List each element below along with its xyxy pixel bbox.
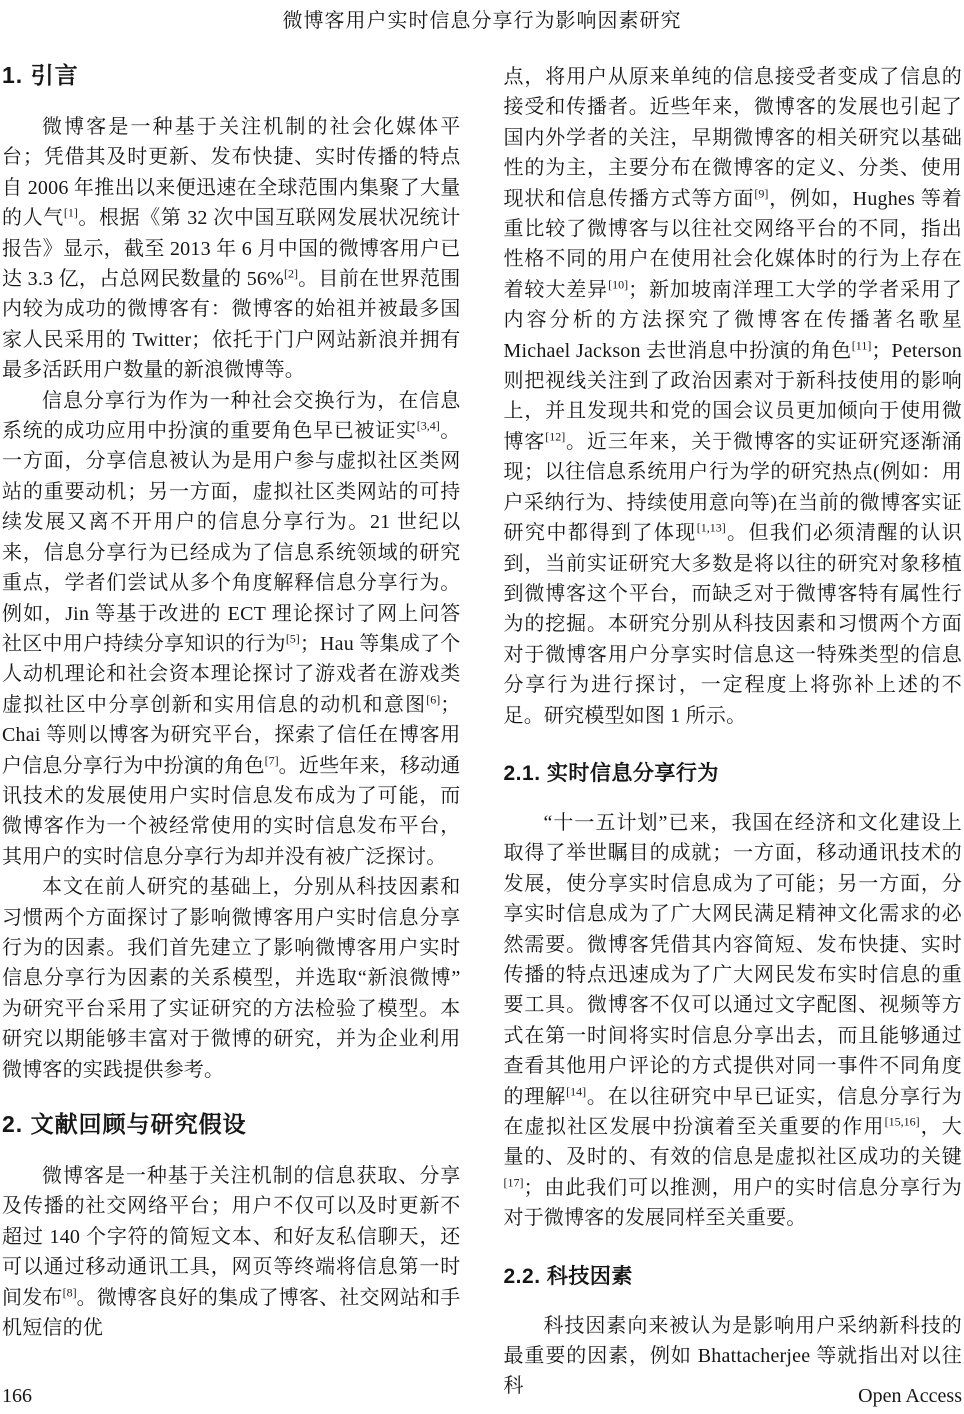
citation-ref: [17] [504,1175,524,1189]
citation-ref: [10] [608,277,628,291]
citation-ref: [5] [286,631,300,645]
citation-ref: [1,13] [697,520,726,534]
citation-ref: [11] [852,338,872,352]
two-column-layout: 1. 引言微博客是一种基于关注机制的社会化媒体平台；凭借其及时更新、发布快捷、实… [2,62,962,1402]
section-heading: 2.1. 实时信息分享行为 [504,761,963,786]
body-paragraph: 信息分享行为作为一种社会交换行为，在信息系统的成功应用中扮演的重要角色早已被证实… [2,386,461,873]
body-paragraph: 微博客是一种基于关注机制的社会化媒体平台；凭借其及时更新、发布快捷、实时传播的特… [2,112,461,386]
section-heading: 1. 引言 [2,62,461,89]
body-paragraph: 点，将用户从原来单纯的信息接受者变成了信息的接受和传播者。近些年来，微博客的发展… [504,62,963,731]
citation-ref: [2] [284,266,298,280]
paper-page: 微博客用户实时信息分享行为影响因素研究 1. 引言微博客是一种基于关注机制的社会… [0,0,964,1414]
section-heading: 2. 文献回顾与研究假设 [2,1111,461,1138]
citation-ref: [8] [63,1285,77,1299]
running-title: 微博客用户实时信息分享行为影响因素研究 [2,8,962,34]
citation-ref: [1] [64,206,78,220]
citation-ref: [7] [265,753,279,767]
body-paragraph: 本文在前人研究的基础上，分别从科技因素和习惯两个方面探讨了影响微博客用户实时信息… [2,872,461,1085]
citation-ref: [9] [754,186,768,200]
right-column: 点，将用户从原来单纯的信息接受者变成了信息的接受和传播者。近些年来，微博客的发展… [504,62,963,1402]
body-paragraph: “十一五计划”已来，我国在经济和文化建设上取得了举世瞩目的成就；一方面，移动通讯… [504,808,963,1234]
citation-ref: [15,16] [885,1114,920,1128]
section-heading: 2.2. 科技因素 [504,1264,963,1289]
license-label: Open Access [858,1384,962,1408]
citation-ref: [3,4] [417,418,440,432]
body-paragraph: 微博客是一种基于关注机制的信息获取、分享及传播的社交网络平台；用户不仅可以及时更… [2,1161,461,1343]
citation-ref: [14] [566,1084,586,1098]
left-column: 1. 引言微博客是一种基于关注机制的社会化媒体平台；凭借其及时更新、发布快捷、实… [2,62,461,1402]
citation-ref: [6] [426,692,440,706]
page-footer: 166 Open Access [2,1384,962,1408]
citation-ref: [12] [545,429,565,443]
page-number: 166 [2,1384,32,1408]
